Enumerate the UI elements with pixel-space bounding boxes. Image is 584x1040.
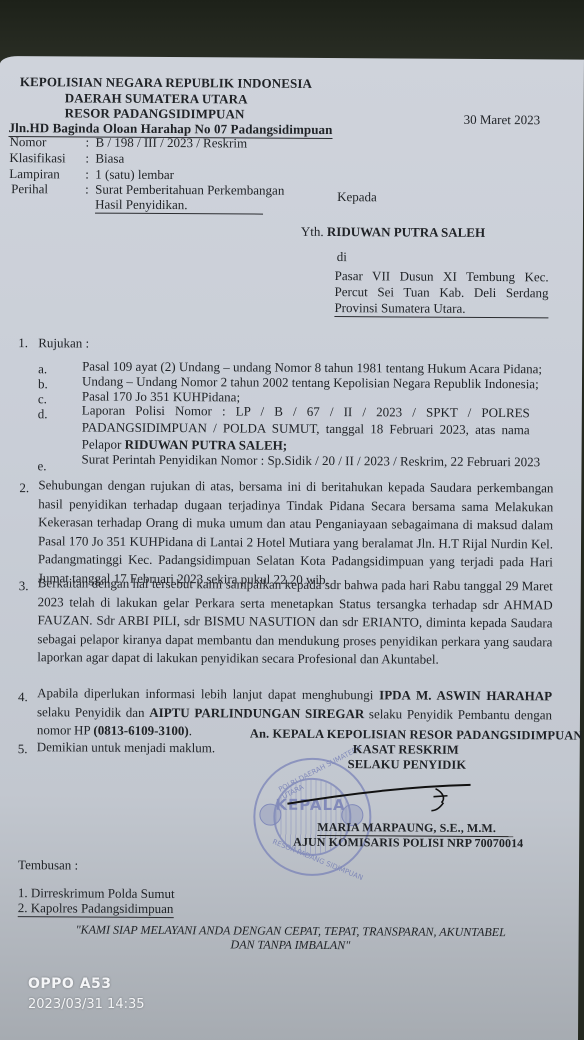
text: Apabila diperlukan informasi lebih lanju… bbox=[37, 685, 379, 702]
recipient-name: RIDUWAN PUTRA SALEH bbox=[327, 224, 485, 240]
meta-label-perihal: Perihal bbox=[11, 181, 48, 197]
kepada-label: Kepada bbox=[337, 189, 377, 205]
recipient-address: Pasar VII Dusun XI Tembung Kec. Percut S… bbox=[334, 268, 548, 318]
di-label: di bbox=[337, 249, 347, 265]
meta-colon: : bbox=[85, 182, 89, 198]
meta-value-perihal-line2: Hasil Penyidikan. bbox=[95, 197, 263, 215]
signature-title-line2: KASAT RESKRIM bbox=[353, 742, 459, 758]
signature-title-line1: An. KEPALA KEPOLISIAN RESOR PADANGSIDIMP… bbox=[250, 727, 583, 744]
background-surface bbox=[0, 0, 584, 64]
section-1-number: 1. bbox=[18, 333, 28, 352]
meta-label-nomor: Nomor bbox=[9, 134, 46, 150]
section-2-number: 2. bbox=[19, 478, 29, 497]
rujukan-letter: d. bbox=[38, 404, 48, 423]
text: . bbox=[189, 723, 192, 738]
section-3-paragraph: Berkaitan dengan hal tersebut kami sampa… bbox=[37, 574, 553, 670]
camera-timestamp-watermark: 2023/03/31 14:35 bbox=[28, 997, 145, 1012]
meta-colon: : bbox=[85, 151, 89, 167]
tembusan-item: 2. Kapolres Padangsidimpuan bbox=[18, 900, 174, 918]
signatory-rank: AJUN KOMISARIS POLISI NRP 70070014 bbox=[293, 835, 523, 851]
meta-value-lampiran: 1 (satu) lembar bbox=[95, 167, 174, 183]
tembusan-title: Tembusan : bbox=[18, 857, 78, 873]
assistant-investigator-name: AIPTU PARLINDUNGAN SIREGAR bbox=[149, 704, 364, 720]
rujukan-letter: e. bbox=[37, 456, 46, 475]
section-2-paragraph: Sehubungan dengan rujukan di atas, bersa… bbox=[38, 476, 554, 590]
letterhead-line1: KEPOLISIAN NEGARA REPUBLIK INDONESIA bbox=[20, 74, 312, 92]
camera-model-watermark: OPPO A53 bbox=[28, 976, 112, 992]
rujukan-item: Laporan Polisi Nomor : LP / B / 67 / II … bbox=[82, 402, 530, 456]
handwritten-signature bbox=[285, 776, 475, 817]
motto-line2: DAN TANPA IMBALAN" bbox=[231, 937, 351, 953]
section-4-number: 4. bbox=[18, 687, 28, 706]
meta-colon: : bbox=[85, 167, 89, 183]
letter-date: 30 Maret 2023 bbox=[464, 112, 541, 128]
investigator-name: IPDA M. ASWIN HARAHAP bbox=[379, 687, 552, 703]
rujukan-item: Surat Perintah Penyidikan Nomor : Sp.Sid… bbox=[81, 450, 540, 472]
section-5-paragraph: Demikian untuk menjadi maklum. bbox=[37, 737, 215, 757]
meta-label-klasifikasi: Klasifikasi bbox=[9, 150, 65, 166]
section-3-number: 3. bbox=[19, 576, 29, 595]
signature-title-line3: SELAKU PENYIDIK bbox=[348, 757, 467, 773]
yth-label: Yth. bbox=[301, 224, 324, 239]
meta-colon: : bbox=[85, 135, 89, 151]
text: selaku Penyidik dan bbox=[37, 704, 149, 720]
letter-page: KEPOLISIAN NEGARA REPUBLIK INDONESIA DAE… bbox=[0, 56, 584, 1040]
section-1-title: Rujukan : bbox=[38, 333, 89, 352]
meta-value-klasifikasi: Biasa bbox=[95, 151, 124, 167]
recipient-line: Yth. RIDUWAN PUTRA SALEH bbox=[301, 224, 485, 241]
meta-value-nomor: B / 198 / III / 2023 / Reskrim bbox=[95, 135, 247, 152]
phone-number: (0813-6109-3100) bbox=[93, 723, 188, 739]
meta-label-lampiran: Lampiran bbox=[9, 166, 60, 182]
section-5-number: 5. bbox=[18, 739, 28, 758]
